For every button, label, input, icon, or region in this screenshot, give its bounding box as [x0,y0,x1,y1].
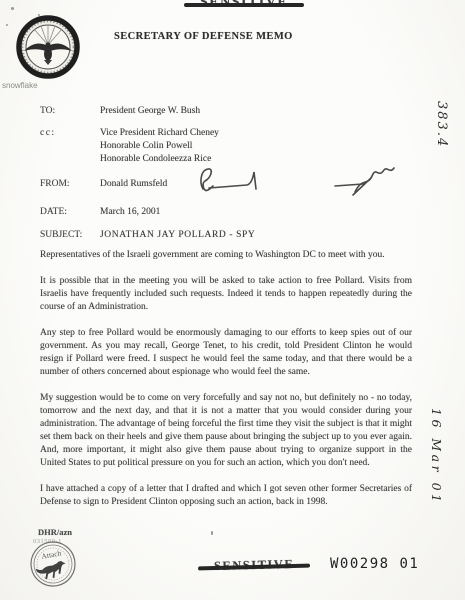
from-label: FROM: [40,178,70,191]
seal-caption: snowflake [2,81,38,90]
margin-note-file-number: 383.4 [434,101,449,148]
margin-note-date: 16 Mar 01 [429,408,444,506]
cc-value-1: Vice President Richard Cheney [100,127,219,140]
memo-title: SECRETARY OF DEFENSE MEMO [114,31,293,42]
classification-banner-bottom: SENSITIVE [214,557,295,574]
date-value: March 16, 2001 [100,206,160,219]
paragraph-1: Representatives of the Israeli governmen… [40,249,412,262]
paragraph-3: Any step to free Pollard would be enormo… [40,327,412,379]
attach-stamp-icon: Attach [25,536,81,592]
paragraph-4: My suggestion would be to come on very f… [40,392,412,470]
dod-seal-icon [16,15,80,79]
classification-banner-top: SENSITIVE [200,0,288,11]
signature-icon [195,162,420,202]
stamp-label: Attach [41,548,62,560]
cc-value-2: Honorable Colin Powell [100,140,219,153]
from-value: Donald Rumsfeld [100,178,167,191]
paragraph-5: I have attached a copy of a letter that … [40,483,412,509]
cc-values: Vice President Richard Cheney Honorable … [100,127,219,166]
to-value: President George W. Bush [100,105,200,118]
date-label: DATE: [40,206,67,219]
subject-value: JONATHAN JAY POLLARD - SPY [100,229,255,242]
scan-speck [211,531,213,535]
paragraph-2: It is possible that in the meeting you w… [40,275,412,314]
subject-label: SUBJECT: [40,229,82,242]
document-number-stamp: W00298 01 [330,556,419,572]
to-label: TO: [40,105,55,118]
memo-scan-page: SENSITIVE snowflake SECRETARY OF DEFENSE… [0,0,465,600]
scan-speck [6,24,8,26]
memo-body: Representatives of the Israeli governmen… [40,249,412,522]
scan-speck [11,7,14,10]
strikethrough-line [184,3,304,7]
drafter-initials: DHR/azn [38,527,72,537]
cc-label: cc: [40,127,56,140]
